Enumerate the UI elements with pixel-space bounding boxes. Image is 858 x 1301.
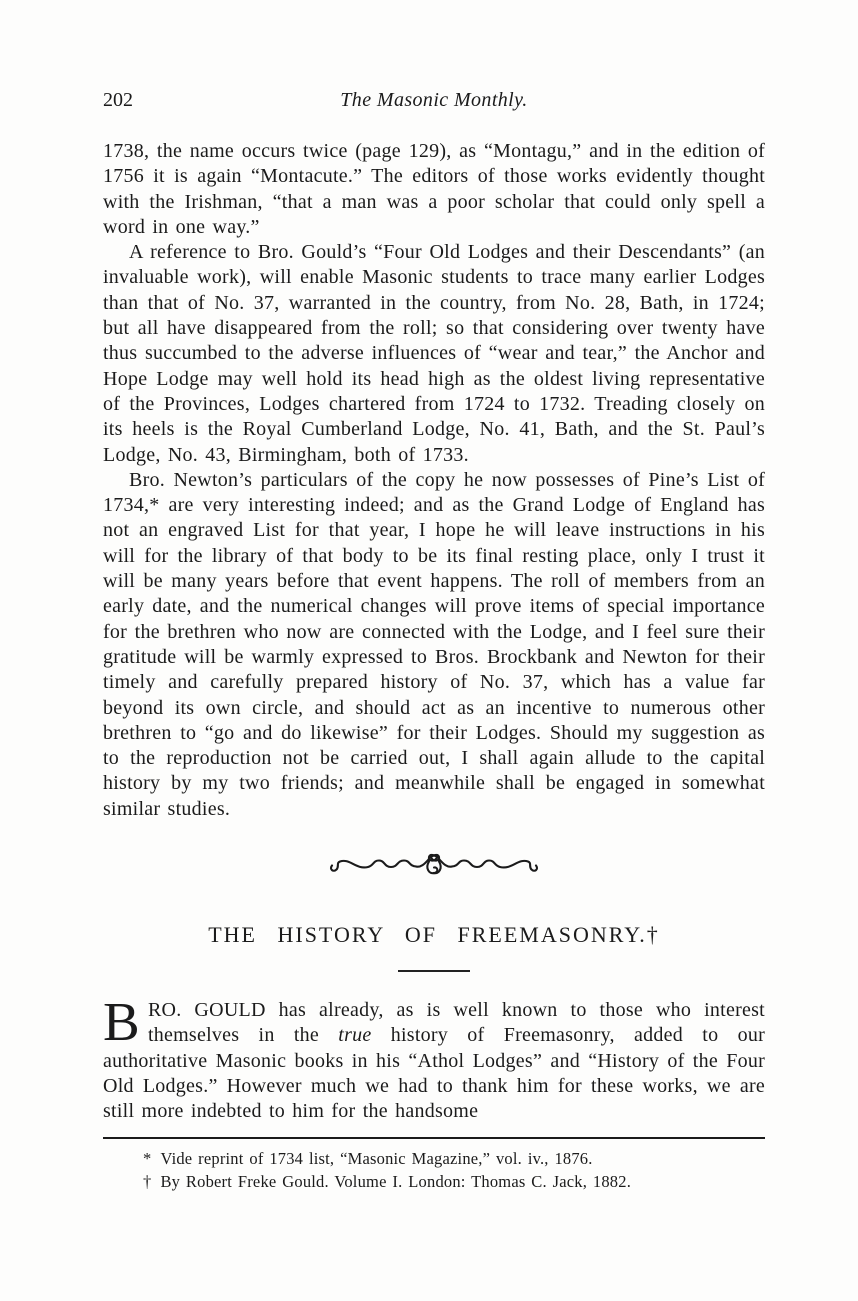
title-rule <box>398 970 470 972</box>
footnote: †By Robert Freke Gould. Volume I. London… <box>103 1170 765 1194</box>
paragraph: 1738, the name occurs twice (page 129), … <box>103 139 765 240</box>
article-title: THE HISTORY OF FREEMASONRY.† <box>103 922 765 948</box>
journal-title: The Masonic Monthly. <box>103 88 765 112</box>
drop-cap: B <box>103 998 148 1043</box>
flourish-ornament <box>326 848 542 878</box>
footnote-text: Vide reprint of 1734 list, “Masonic Maga… <box>160 1149 592 1168</box>
scanned-page: 202 The Masonic Monthly. 1738, the name … <box>0 0 858 1301</box>
footnote-section: *Vide reprint of 1734 list, “Masonic Mag… <box>103 1137 765 1194</box>
text-column: 202 The Masonic Monthly. 1738, the name … <box>103 88 765 1194</box>
footnote: *Vide reprint of 1734 list, “Masonic Mag… <box>103 1147 765 1171</box>
footnote-marker: † <box>143 1170 151 1194</box>
paragraph: A reference to Bro. Gould’s “Four Old Lo… <box>103 240 765 468</box>
footnote-rule <box>103 1137 765 1139</box>
footnote-marker: * <box>143 1147 151 1171</box>
running-header: 202 The Masonic Monthly. <box>103 88 765 114</box>
italic-word: true <box>338 1024 371 1046</box>
paragraph: Bro. Newton’s particulars of the copy he… <box>103 468 765 822</box>
paragraph: BRO. GOULD has already, as is well known… <box>103 998 765 1124</box>
article-previous-body: 1738, the name occurs twice (page 129), … <box>103 139 765 822</box>
section-divider <box>103 848 765 880</box>
footnote-text: By Robert Freke Gould. Volume I. London:… <box>160 1172 631 1191</box>
